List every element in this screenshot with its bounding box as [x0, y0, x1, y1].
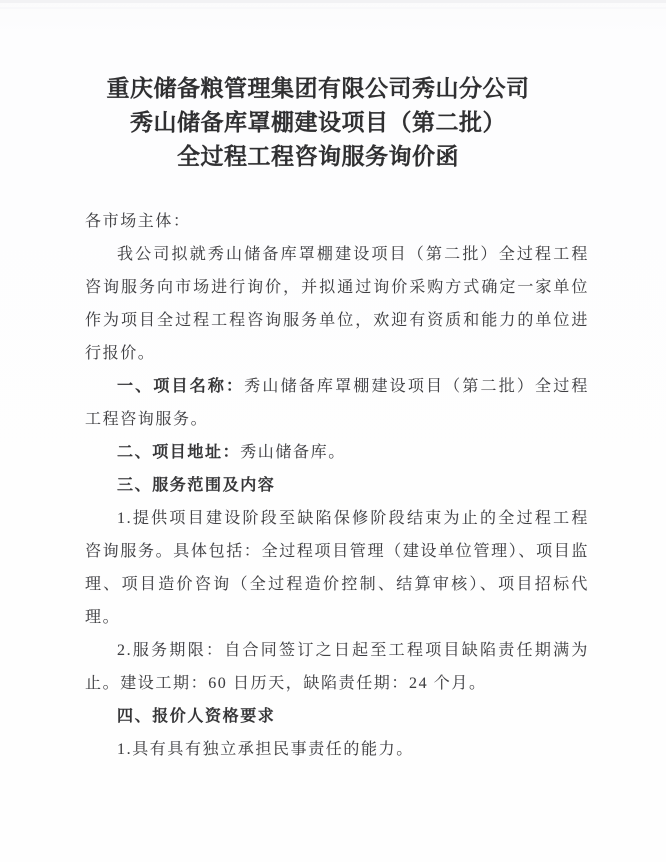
- page-top-edge: [0, 0, 666, 3]
- document-body: 各市场主体： 我公司拟就秀山储备库罩棚建设项目（第二批）全过程工程咨询服务向市场…: [85, 205, 589, 766]
- title-line-1: 重庆储备粮管理集团有限公司秀山分公司: [40, 72, 596, 106]
- section-4-item-1: 1.具有具有独立承担民事责任的能力。: [85, 733, 589, 766]
- section-1: 一、项目名称：秀山储备库罩棚建设项目（第二批）全过程工程咨询服务。: [85, 370, 589, 436]
- document-title: 重庆储备粮管理集团有限公司秀山分公司 秀山储备库罩棚建设项目（第二批） 全过程工…: [40, 72, 596, 174]
- section-2: 二、项目地址：秀山储备库。: [85, 436, 589, 469]
- section-2-text: 秀山储备库。: [240, 444, 346, 461]
- section-4-heading: 四、报价人资格要求: [85, 700, 589, 733]
- page-top-edge-shadow: [0, 7, 666, 9]
- intro-paragraph: 我公司拟就秀山储备库罩棚建设项目（第二批）全过程工程咨询服务向市场进行询价，并拟…: [85, 238, 589, 370]
- section-3-item-1: 1.提供项目建设阶段至缺陷保修阶段结束为止的全过程工程咨询服务。具体包括：全过程…: [85, 502, 589, 634]
- title-line-2: 秀山储备库罩棚建设项目（第二批）: [40, 106, 596, 140]
- section-3-heading: 三、服务范围及内容: [85, 469, 589, 502]
- section-3-item-2: 2.服务期限：自合同签订之日起至工程项目缺陷责任期满为止。建设工期：60 日历天…: [85, 634, 589, 700]
- salutation: 各市场主体：: [85, 205, 589, 238]
- title-line-3: 全过程工程咨询服务询价函: [40, 140, 596, 174]
- document-page: 重庆储备粮管理集团有限公司秀山分公司 秀山储备库罩棚建设项目（第二批） 全过程工…: [0, 0, 666, 862]
- section-2-label: 二、项目地址：: [117, 444, 240, 461]
- section-1-label: 一、项目名称：: [117, 378, 244, 395]
